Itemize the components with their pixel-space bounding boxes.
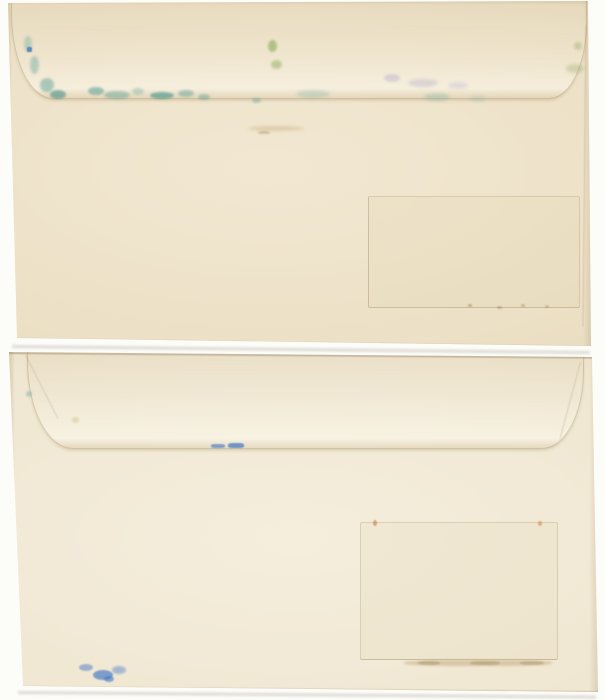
- envelope-bottom-flap: [27, 352, 584, 449]
- envelope-top-bottom-edge: [5, 338, 601, 349]
- envelope-top-drop-shadow: [12, 345, 590, 354]
- envelope-top-flap: [11, 1, 587, 99]
- envelope-bottom-flap-left-fold: [25, 355, 59, 420]
- envelope-bottom-flap-right-fold: [559, 362, 581, 440]
- envelope-bottom-content-impression: [360, 522, 558, 660]
- envelope-bottom-drop-shadow: [18, 691, 596, 699]
- envelope-top-right-crease: [582, 25, 586, 327]
- envelope-top-back: [7, 1, 591, 347]
- scanned-photo-two-envelopes: [0, 0, 605, 700]
- envelope-bottom-bottom-edge: [7, 686, 605, 694]
- envelope-top-content-impression: [368, 196, 580, 308]
- envelope-bottom-top-edge: [7, 352, 605, 359]
- envelope-bottom-back: [9, 350, 598, 693]
